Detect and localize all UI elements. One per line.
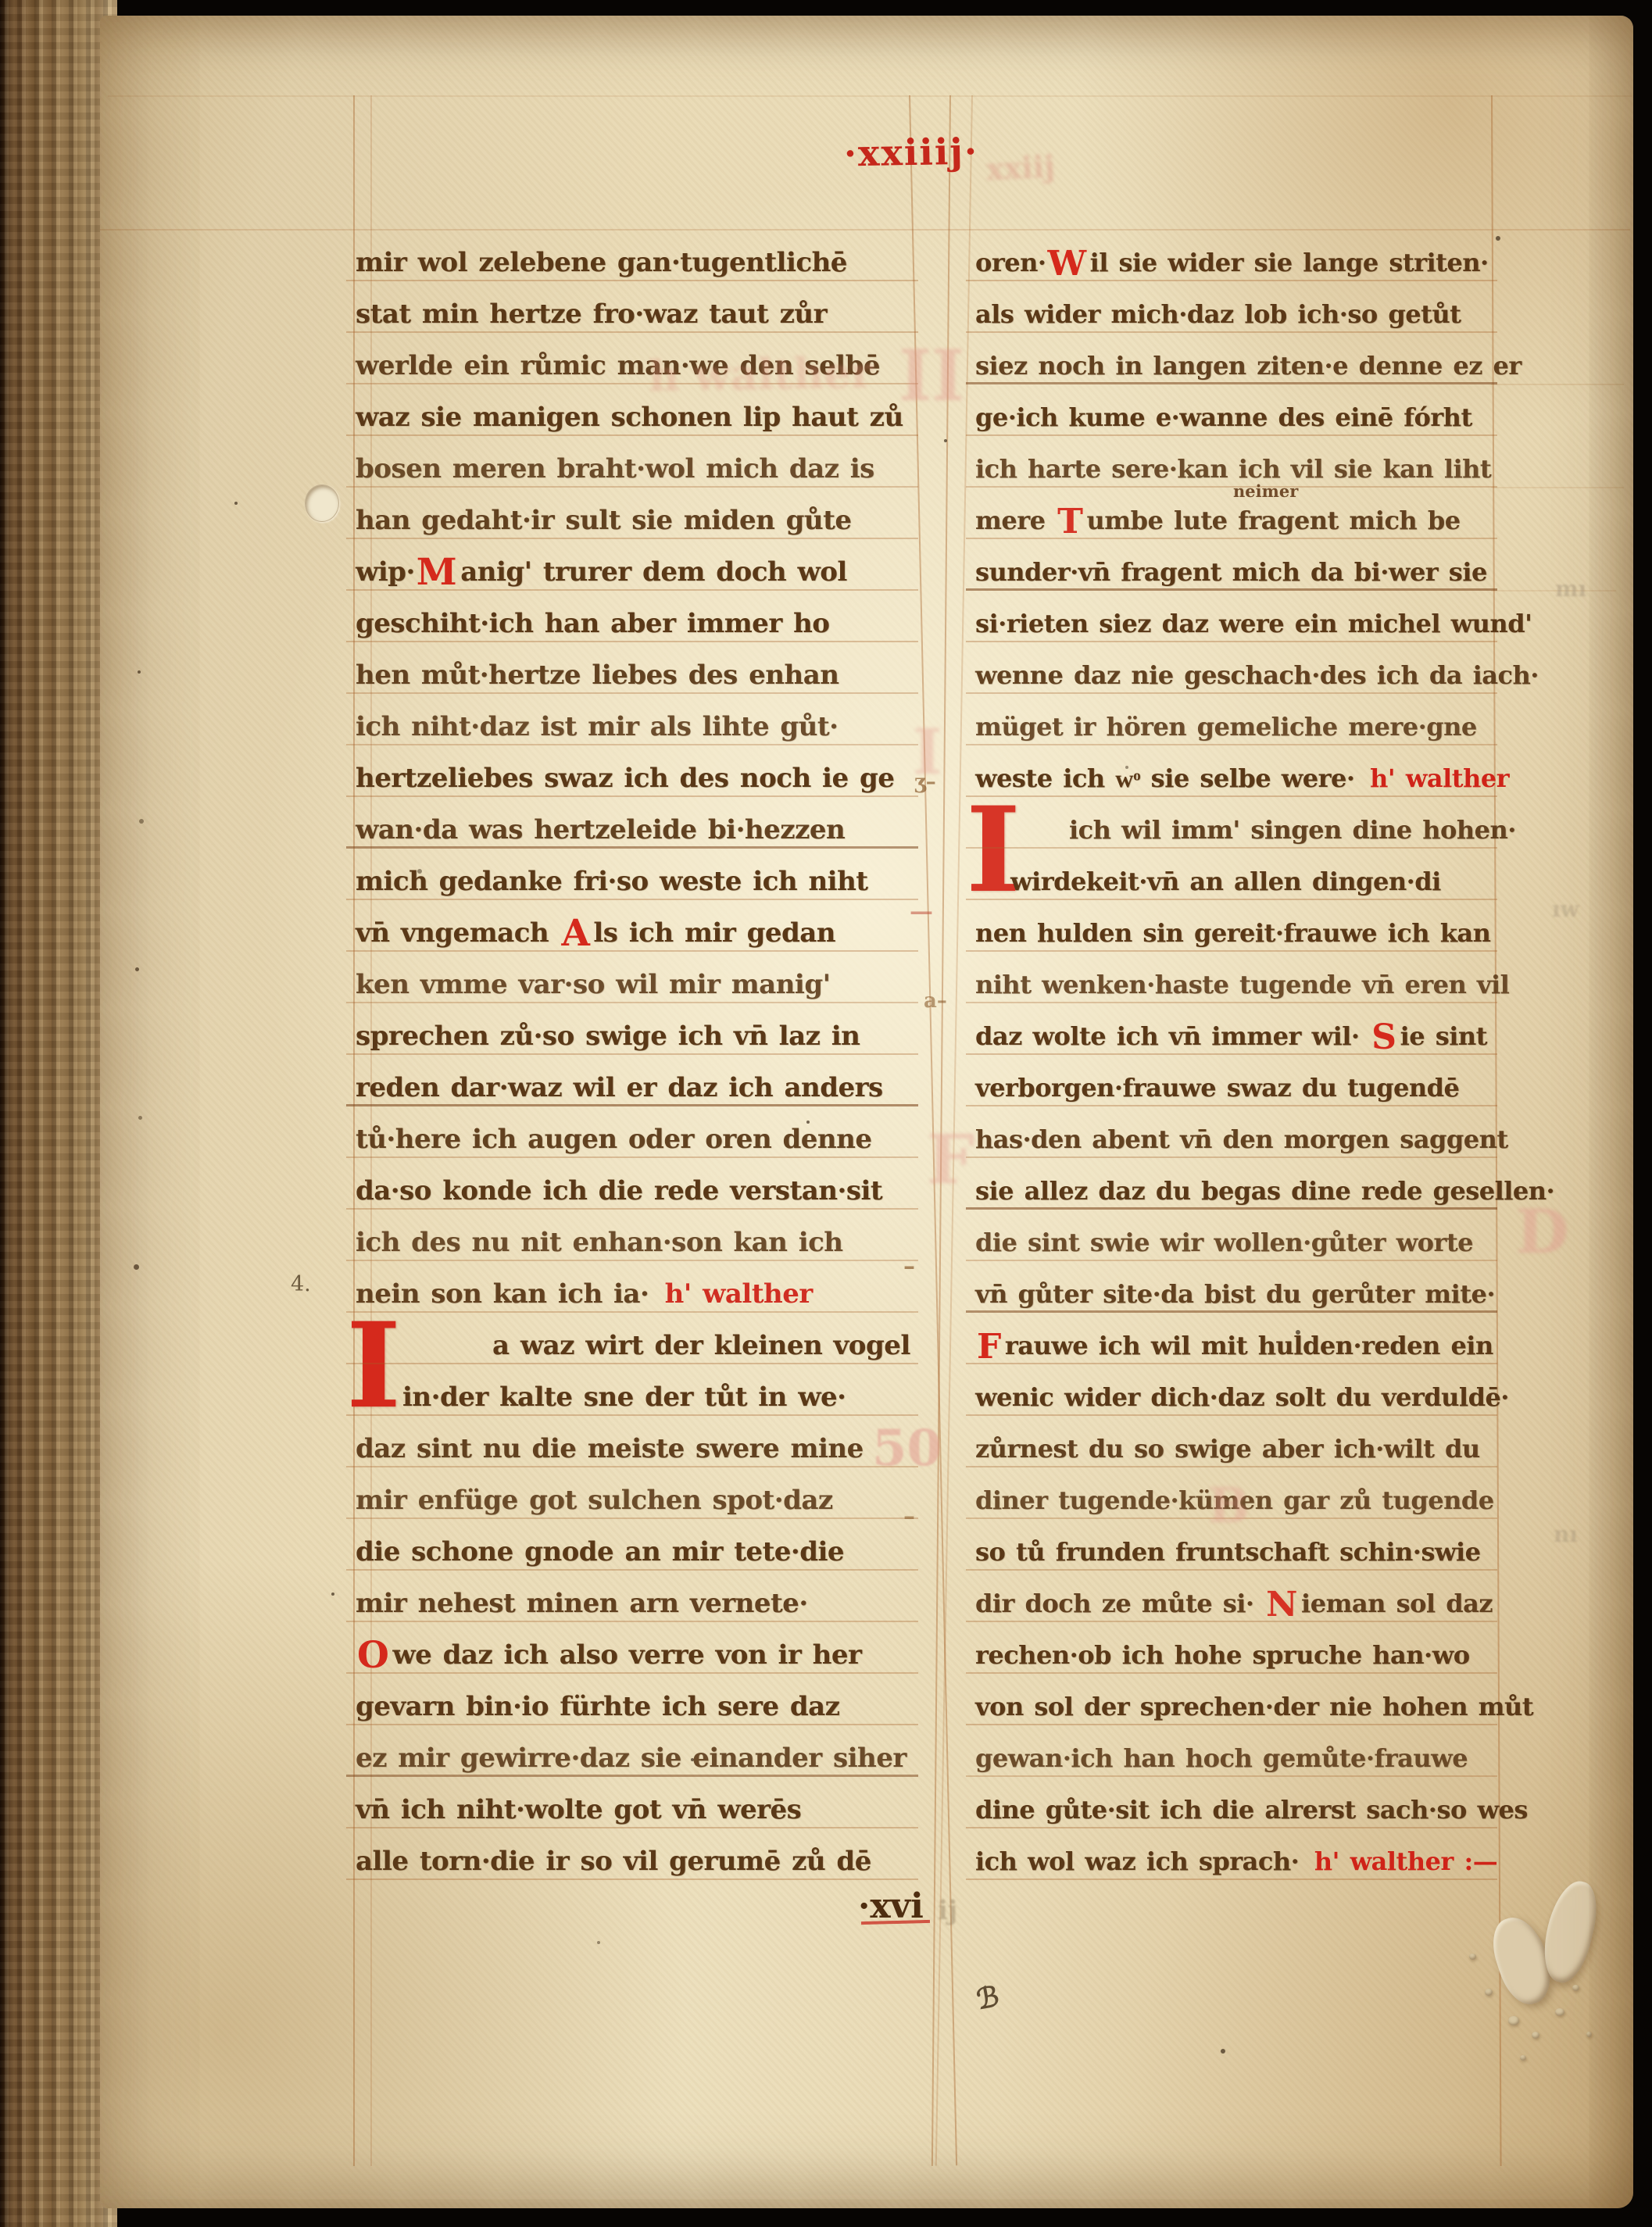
wax-droplet <box>1508 2016 1519 2025</box>
ink-speck <box>1496 236 1500 241</box>
line-text: vn̄ vngemach <box>356 917 560 949</box>
line-text: has·den abent vn̄ den morgen saggent <box>975 1124 1508 1154</box>
line-text: alle torn·die ir so vil gerumē zů dē <box>356 1846 871 1877</box>
line-text: dir doch ze můte si· <box>975 1589 1264 1618</box>
text-line: gevarn bin·io fürhte ich sere daz <box>356 1681 914 1732</box>
line-text: mir nehest minen arn vernete· <box>356 1588 808 1619</box>
text-line: mich gedanke fri·so weste ich niht <box>356 856 914 907</box>
line-text: weste ich wͦ sie selbe were· <box>975 763 1365 793</box>
text-line: stat min hertze fro·waz taut zůr <box>356 288 914 340</box>
text-line: ich wol waz ich sprach· h' walther :— <box>975 1836 1493 1887</box>
line-text: müget ir hören gemeliche mere·gne <box>975 712 1477 742</box>
text-line: hertzeliebes swaz ich des noch ie ge <box>356 752 914 804</box>
line-text: waz sie manigen schonen lip haut zů <box>356 402 903 433</box>
margin-quire-mark: 4. <box>291 1272 311 1296</box>
red-initial: A <box>561 912 589 955</box>
show-through-ghost: D <box>1516 1202 1569 1263</box>
wax-droplet <box>1532 2032 1539 2039</box>
text-line: mir enfüge got sulchen spot·daz <box>356 1475 914 1526</box>
line-text: ge·ich kume e·wanne des einē fórht <box>975 402 1472 432</box>
line-text: da·so konde ich die rede verstan·sit <box>356 1175 882 1206</box>
text-line: bosen meren braht·wol mich daz is <box>356 443 914 495</box>
line-text: so tů frunden fruntschaft schin·swie <box>975 1537 1481 1567</box>
line-text: niht wenken·haste tugende vn̄ eren vil <box>975 970 1509 999</box>
text-line: da·so konde ich die rede verstan·sit <box>356 1165 914 1217</box>
line-text: die schone gnode an mir tete·die <box>356 1536 844 1567</box>
text-line: sie allez daz du begas dine rede geselle… <box>975 1165 1493 1217</box>
ruling-line-vertical <box>353 95 355 2166</box>
text-line: vn̄ vngemach Als ich mir gedan <box>356 907 914 959</box>
wax-droplet <box>1586 2032 1592 2037</box>
margin-ghost: nı <box>1554 1524 1578 1546</box>
line-text: als wider mich·daz lob ich·so getůt <box>975 299 1461 329</box>
line-text: ie sint <box>1400 1021 1487 1051</box>
show-through-ghost: F <box>927 1127 974 1194</box>
text-line: si·rieten siez daz were ein michel wund' <box>975 598 1493 649</box>
ink-speck <box>1296 1330 1300 1335</box>
line-text: hertzeliebes swaz ich des noch ie ge <box>356 763 894 794</box>
text-line: mere Tumbe lute fragent mich beneimer <box>975 495 1493 546</box>
text-line: waz sie manigen schonen lip haut zů <box>356 391 914 443</box>
ruling-line-vertical <box>935 95 973 2166</box>
wax-droplet <box>1520 2055 1526 2061</box>
ruling-line-top <box>108 95 1632 97</box>
line-text: daz wolte ich vn̄ immer wil· <box>975 1021 1370 1051</box>
ink-speck <box>1125 766 1128 769</box>
line-text: siez noch in langen ziten·e denne ez er <box>975 351 1521 381</box>
text-line: dir doch ze můte si· Nieman sol daz <box>975 1578 1493 1629</box>
text-line: daz wolte ich vn̄ immer wil· Sie sint <box>975 1010 1493 1062</box>
text-line: in·der kalte sne der tůt in we· <box>356 1371 914 1423</box>
line-text: si·rieten siez daz were ein michel wund' <box>975 609 1532 638</box>
interlinear-gloss: neimer <box>1233 483 1298 499</box>
line-text: a waz wirt der kleinen vogel <box>492 1330 910 1361</box>
line-text: hen můt·hertze liebes des enhan <box>356 660 839 691</box>
text-line: zůrnest du so swige aber ich·wilt du <box>975 1423 1493 1475</box>
text-line: wenic wider dich·daz solt du verduldē· <box>975 1371 1493 1423</box>
ink-speck <box>134 1264 139 1270</box>
text-line: reden dar·waz wil er daz ich anders <box>356 1062 914 1113</box>
line-text: vn̄ ich niht·wolte got vn̄ werēs <box>356 1794 801 1825</box>
ruling-line-header <box>100 229 1630 231</box>
scribe-rubric: h' walther <box>1370 763 1509 793</box>
folio-number: ·xxiiij· <box>844 130 979 175</box>
show-through-ghost: I <box>913 720 942 783</box>
text-column-left: mir wol zelebene gan·tugentlichēstat min… <box>356 237 914 1887</box>
line-text: rechen·ob ich hohe spruche han·wo <box>975 1640 1470 1670</box>
text-line: vn̄ gůter site·da bist du gerůter mite· <box>975 1268 1493 1320</box>
line-text: vn̄ gůter site·da bist du gerůter mite· <box>975 1279 1495 1309</box>
red-initial: F <box>977 1327 1001 1367</box>
line-text: zůrnest du so swige aber ich·wilt du <box>975 1434 1480 1464</box>
text-line: so tů frunden fruntschaft schin·swie <box>975 1526 1493 1578</box>
line-text: umbe lute fragent mich be <box>1086 506 1460 535</box>
line-text: we daz ich also verre von ir her <box>392 1639 861 1671</box>
ink-speck <box>417 869 422 874</box>
text-line: wip·Manig' trurer dem doch wol <box>356 546 914 598</box>
text-line: als wider mich·daz lob ich·so getůt <box>975 288 1493 340</box>
gutter-mark: a– <box>924 991 947 1011</box>
text-line: daz sint nu die meiste swere mine <box>356 1423 914 1475</box>
line-text: ich niht·daz ist mir als lihte gůt· <box>356 711 838 742</box>
line-text: geschiht·ich han aber immer ho <box>356 608 829 639</box>
ruling-stub <box>1491 590 1616 592</box>
line-text: mere <box>975 506 1056 535</box>
line-text: ez mir gewirre·daz sie einander siher <box>356 1743 906 1774</box>
text-line: han gedaht·ir sult sie miden gůte <box>356 495 914 546</box>
text-line: verborgen·frauwe swaz du tugendē <box>975 1062 1493 1113</box>
line-text: ich des nu nit enhan·son kan ich <box>356 1227 843 1258</box>
red-initial: W <box>1047 244 1085 284</box>
line-text: anig' trurer dem doch wol <box>460 556 847 588</box>
red-initial: O <box>357 1634 388 1677</box>
text-line: wenne daz nie geschach·des ich da iach· <box>975 649 1493 701</box>
red-initial: M <box>417 551 456 594</box>
text-line: diner tugende·kümen gar zů tugende <box>975 1475 1493 1526</box>
scribe-rubric: h' walther <box>665 1278 813 1310</box>
line-text: in·der kalte sne der tůt in we· <box>402 1382 846 1413</box>
line-text: ieman sol daz <box>1301 1589 1493 1618</box>
line-text: ich harte sere·kan ich vil sie kan liht <box>975 454 1491 484</box>
text-line: weste ich wͦ sie selbe were· h' walther <box>975 752 1493 804</box>
wax-droplet <box>1469 1954 1476 1960</box>
text-line: dine gůte·sit ich die alrerst sach·so we… <box>975 1784 1493 1836</box>
margin-ghost: mı <box>1555 578 1586 600</box>
ruling-stub <box>1491 384 1624 385</box>
ink-speck <box>234 502 238 505</box>
text-line: die sint swie wir wollen·gůter worte <box>975 1217 1493 1268</box>
line-text: gewan·ich han hoch gemůte·frauwe <box>975 1743 1468 1773</box>
wax-droplet <box>1572 1985 1579 1991</box>
line-text: daz sint nu die meiste swere mine <box>356 1433 864 1464</box>
text-line: ich niht·daz ist mir als lihte gůt· <box>356 701 914 752</box>
line-text: oren· <box>975 248 1046 277</box>
wax-droplet <box>1485 1989 1493 1996</box>
line-text: sie allez daz du begas dine rede geselle… <box>975 1176 1554 1206</box>
line-text: ls ich mir gedan <box>593 917 835 949</box>
text-line: Frauwe ich wil mit hulden·reden ein <box>975 1320 1493 1371</box>
line-text: wenne daz nie geschach·des ich da iach· <box>975 660 1539 690</box>
ruling-line-vertical <box>909 95 957 2165</box>
red-initial: T <box>1057 502 1082 542</box>
text-line: rechen·ob ich hohe spruche han·wo <box>975 1629 1493 1681</box>
line-text: von sol der sprechen·der nie hohen můt <box>975 1692 1533 1721</box>
ink-speck <box>331 1593 334 1596</box>
ink-speck <box>944 439 947 442</box>
text-line: has·den abent vn̄ den morgen saggent <box>975 1113 1493 1165</box>
text-line: die schone gnode an mir tete·die <box>356 1526 914 1578</box>
text-line: alle torn·die ir so vil gerumē zů dē <box>356 1836 914 1887</box>
scribe-rubric: h' walther :— <box>1314 1846 1497 1876</box>
text-line: gewan·ich han hoch gemůte·frauwe <box>975 1732 1493 1784</box>
text-line: ez mir gewirre·daz sie einander siher <box>356 1732 914 1784</box>
text-line: nein son kan ich ia· h' walther <box>356 1268 914 1320</box>
line-text: ich wol waz ich sprach· <box>975 1846 1310 1876</box>
line-text: diner tugende·kümen gar zů tugende <box>975 1485 1494 1515</box>
text-line: hen můt·hertze liebes des enhan <box>356 649 914 701</box>
line-text: rauwe ich wil mit hulden·reden ein <box>1005 1331 1493 1360</box>
line-text: nein son kan ich ia· <box>356 1278 660 1310</box>
text-line: geschiht·ich han aber immer ho <box>356 598 914 649</box>
line-text: verborgen·frauwe swaz du tugendē <box>975 1073 1459 1103</box>
ink-speck <box>597 1941 600 1944</box>
line-text: mich gedanke fri·so weste ich niht <box>356 866 868 897</box>
text-line: wan·da was hertzeleide bi·hezzen <box>356 804 914 856</box>
text-line: vn̄ ich niht·wolte got vn̄ werēs <box>356 1784 914 1836</box>
ink-speck <box>1221 2049 1225 2054</box>
text-column-right: oren·Wil sie wider sie lange striten·als… <box>975 237 1493 1887</box>
ink-speck <box>135 967 139 971</box>
text-line: wirdekeit·vn̄ an allen dingen·di <box>975 856 1493 907</box>
text-line: Ia waz wirt der kleinen vogel <box>356 1320 914 1371</box>
ruling-stub <box>1491 487 1624 488</box>
text-line: werlde ein růmic man·we den selbē <box>356 340 914 391</box>
parchment-page: ·xxiiij· mir wol zelebene gan·tugentlich… <box>100 16 1633 2208</box>
text-line: sprechen zů·so swige ich vn̄ laz in <box>356 1010 914 1062</box>
text-line: ken vmme var·so wil mir manig' <box>356 959 914 1010</box>
line-text: sprechen zů·so swige ich vn̄ laz in <box>356 1021 860 1052</box>
bottom-scribble: ℬ <box>974 1980 1002 2016</box>
ink-speck <box>138 1116 142 1120</box>
text-line: mir wol zelebene gan·tugentlichē <box>356 237 914 288</box>
folio-ghost: xxiij <box>985 152 1056 185</box>
line-text: sunder·vn̄ fragent mich da bi·wer sie <box>975 557 1487 587</box>
text-line: nen hulden sin gereit·frauwe ich kan <box>975 907 1493 959</box>
text-line: mir nehest minen arn vernete· <box>356 1578 914 1629</box>
line-text: il sie wider sie lange striten· <box>1090 248 1489 277</box>
margin-ghost: ıw <box>1552 899 1579 920</box>
line-text: bosen meren braht·wol mich daz is <box>356 453 874 484</box>
ink-speck <box>138 670 141 674</box>
wax-droplet <box>1555 2008 1564 2016</box>
gutter-mark: ʒ– <box>914 772 936 792</box>
signature-ghost: ij <box>938 1897 957 1924</box>
parchment-hole <box>305 484 339 522</box>
line-text: ich wil imm' singen dine hohen· <box>1069 815 1516 845</box>
text-line: Iich wil imm' singen dine hohen· <box>975 804 1493 856</box>
line-text: werlde ein růmic man·we den selbē <box>356 350 880 381</box>
line-text: wenic wider dich·daz solt du verduldē· <box>975 1382 1509 1412</box>
ink-speck <box>691 1758 694 1761</box>
red-initial: S <box>1371 1017 1396 1057</box>
text-line: tů·here ich augen oder oren denne <box>356 1113 914 1165</box>
text-line: ge·ich kume e·wanne des einē fórht <box>975 391 1493 443</box>
text-line: oren·Wil sie wider sie lange striten· <box>975 237 1493 288</box>
ruling-line-vertical <box>931 95 951 2166</box>
line-text: mir wol zelebene gan·tugentlichē <box>356 247 847 278</box>
line-text: die sint swie wir wollen·gůter worte <box>975 1228 1473 1257</box>
text-line: siez noch in langen ziten·e denne ez er <box>975 340 1493 391</box>
line-text: stat min hertze fro·waz taut zůr <box>356 298 827 330</box>
text-line: ich des nu nit enhan·son kan ich <box>356 1217 914 1268</box>
text-line: Owe daz ich also verre von ir her <box>356 1629 914 1681</box>
text-line: müget ir hören gemeliche mere·gne <box>975 701 1493 752</box>
line-text: mir enfüge got sulchen spot·daz <box>356 1485 833 1516</box>
line-text: nen hulden sin gereit·frauwe ich kan <box>975 918 1490 948</box>
ink-speck <box>139 819 144 824</box>
line-text: wirdekeit·vn̄ an allen dingen·di <box>1010 867 1441 896</box>
text-line: niht wenken·haste tugende vn̄ eren vil <box>975 959 1493 1010</box>
line-text: dine gůte·sit ich die alrerst sach·so we… <box>975 1795 1528 1825</box>
line-text: ken vmme var·so wil mir manig' <box>356 969 831 1000</box>
line-text: wip· <box>356 556 415 588</box>
line-text: tů·here ich augen oder oren denne <box>356 1124 871 1155</box>
line-text: gevarn bin·io fürhte ich sere daz <box>356 1691 839 1722</box>
line-text: reden dar·waz wil er daz ich anders <box>356 1072 883 1103</box>
red-initial: N <box>1266 1585 1297 1625</box>
line-text: han gedaht·ir sult sie miden gůte <box>356 505 851 536</box>
line-text: wan·da was hertzeleide bi·hezzen <box>356 814 845 845</box>
text-line: sunder·vn̄ fragent mich da bi·wer sie <box>975 546 1493 598</box>
ink-speck <box>806 1121 810 1124</box>
manuscript-scan: ·xxiiij· mir wol zelebene gan·tugentlich… <box>0 0 1652 2227</box>
text-line: von sol der sprechen·der nie hohen můt <box>975 1681 1493 1732</box>
